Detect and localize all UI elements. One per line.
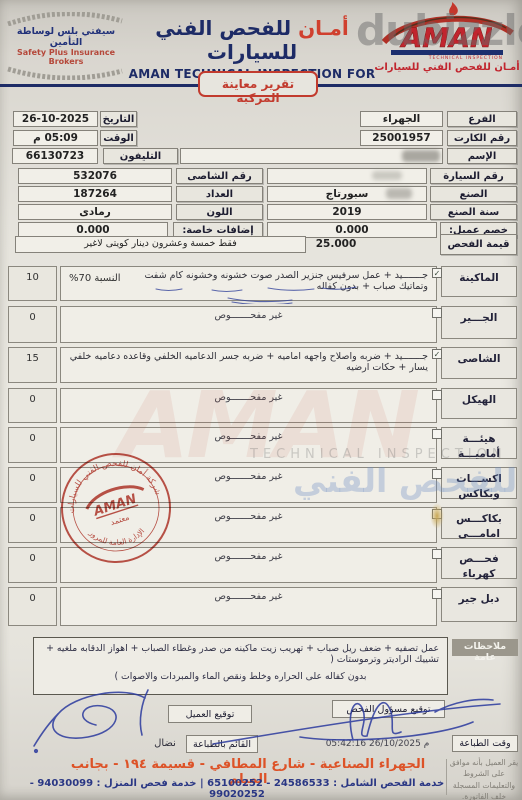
finding-text: جـــــــيد + ضربه واصلاح واجهه اماميه + …	[69, 351, 428, 373]
finding-text: غير مفحـــــــوص	[69, 431, 428, 442]
notes-line-1: عمل تصفيه + ضعف ريل صباب + تهريب زيت ماك…	[42, 643, 439, 665]
finding-text: غير مفحـــــــوص	[69, 591, 428, 602]
field-value-date: 26-10-2025	[13, 111, 98, 127]
film-strip-bottom-icon	[4, 66, 126, 80]
field-value-card_no: 25001957	[360, 130, 443, 146]
category-label: بكاكـــس امامـــى	[441, 507, 517, 539]
checkmark-icon: ✓	[434, 350, 441, 359]
score-cell: 0	[8, 427, 57, 463]
client-signature	[30, 680, 180, 755]
inspection-report-page: سيفتي بلس لوساطة التأمين Safety Plus Ins…	[0, 0, 522, 800]
fee-amount: 25.000	[310, 238, 362, 250]
finding-cell: جـــــــيد + ضربه واصلاح واجهه اماميه + …	[60, 347, 437, 383]
dubizzle-watermark: dubizzle	[356, 6, 522, 55]
category-label: الجـــير	[441, 306, 517, 339]
field-label-phone: التليفون	[103, 148, 178, 164]
field-value-chassis_no: 532076	[18, 168, 172, 184]
field-label-time: الوقت	[100, 130, 137, 146]
score-cell: 0	[8, 507, 57, 543]
score-cell: 15	[8, 347, 57, 383]
make-redaction-smudge	[386, 188, 412, 199]
category-label: هيئـــة أماميـــة	[441, 427, 517, 459]
logo-tagline: TECHNICAL INSPECTION	[391, 56, 503, 61]
report-title: تقرير معاينة المركبة	[198, 71, 318, 97]
field-label-year: سنة الصنع	[430, 204, 517, 220]
inspector-signature	[205, 682, 505, 752]
score-cell: 0	[8, 306, 57, 343]
field-label-chassis_no: رقم الشاصى	[176, 168, 263, 184]
terms-line-1: يقر العميل بأنه موافق على الشروط	[449, 757, 519, 780]
field-label-name: الإسم	[447, 148, 517, 164]
field-label-make: الصنع	[430, 186, 517, 202]
finding-cell: غير مفحـــــــوص	[60, 388, 437, 423]
category-label: الشاصى	[441, 347, 517, 379]
checkbox[interactable]	[432, 589, 442, 599]
footer-phones: خدمة الفحص الشامل : 24586533 - 65100252 …	[28, 778, 446, 800]
partner-name-en: Safety Plus Insurance Brokers	[4, 48, 128, 66]
score-cell: 0	[8, 388, 57, 423]
plate-redaction-smudge	[372, 171, 402, 180]
category-label: دبل جير	[441, 587, 517, 622]
checkbox[interactable]	[432, 469, 442, 479]
score-cell: 0	[8, 547, 57, 583]
stamp-approved-text: معتمد	[109, 513, 130, 528]
field-value-color: رمادى	[18, 204, 172, 220]
field-label-car_no: رقم السيارة	[430, 168, 517, 184]
field-label-branch: الفرع	[447, 111, 517, 127]
partner-name-ar: سيفتي بلس لوساطة التأمين	[4, 26, 128, 48]
field-label-odometer: العداد	[176, 186, 263, 202]
partner-logo: سيفتي بلس لوساطة التأمين Safety Plus Ins…	[4, 12, 128, 80]
pen-underline-marks	[60, 268, 435, 304]
company-title-ar: أمـان للفحص الفني للسيارات	[126, 16, 378, 64]
paper-stain	[430, 503, 444, 529]
general-notes-label: ملاحظات عامة	[452, 639, 518, 656]
category-label: فحـــص كهرباء	[441, 547, 517, 579]
checkbox[interactable]	[432, 429, 442, 439]
finding-cell: غير مفحـــــــوص	[60, 306, 437, 343]
category-label: الهيكل	[441, 388, 517, 419]
field-value-phone: 66130723	[12, 148, 98, 164]
score-cell: 10	[8, 266, 57, 301]
score-cell: 0	[8, 587, 57, 626]
field-label-card_no: رقم الكارت	[447, 130, 517, 146]
field-value-odometer: 187264	[18, 186, 172, 202]
brand-word: أمـان	[298, 16, 349, 40]
field-label-color: اللون	[176, 204, 263, 220]
category-label: الماكينة	[441, 266, 517, 297]
field-value-time: 05:09 م	[13, 130, 98, 146]
field-value-branch: الجهراء	[360, 111, 443, 127]
finding-text: غير مفحـــــــوص	[69, 310, 428, 321]
field-value-year: 2019	[267, 204, 427, 220]
checkbox[interactable]	[432, 308, 442, 318]
fee-label: قيمة الفحص	[440, 234, 517, 255]
checkbox[interactable]	[432, 549, 442, 559]
category-label: اكســـات وبكاكس	[441, 467, 517, 499]
fee-in-words: فقط خمسة وعشرون دينار كويتى لاغير	[15, 236, 306, 253]
name-redaction-smudge	[402, 150, 440, 162]
logo-subtitle-ar: أمـان للفحص الفني للسيارات	[374, 62, 520, 73]
finding-cell: غير مفحـــــــوص	[60, 587, 437, 626]
finding-text: غير مفحـــــــوص	[69, 392, 428, 403]
field-value-car_no	[267, 168, 427, 184]
title-rest: للفحص الفني للسيارات	[155, 16, 297, 64]
footer-divider	[446, 759, 447, 795]
terms-line-2: والتعليمات المسجلة خلف الفاتورة.	[449, 780, 519, 800]
film-strip-top-icon	[4, 12, 126, 26]
field-label-date: التاريخ	[100, 111, 137, 127]
checkbox[interactable]: ✓	[432, 349, 442, 359]
footer-terms: يقر العميل بأنه موافق على الشروط والتعلي…	[449, 757, 519, 800]
checkbox[interactable]	[432, 390, 442, 400]
